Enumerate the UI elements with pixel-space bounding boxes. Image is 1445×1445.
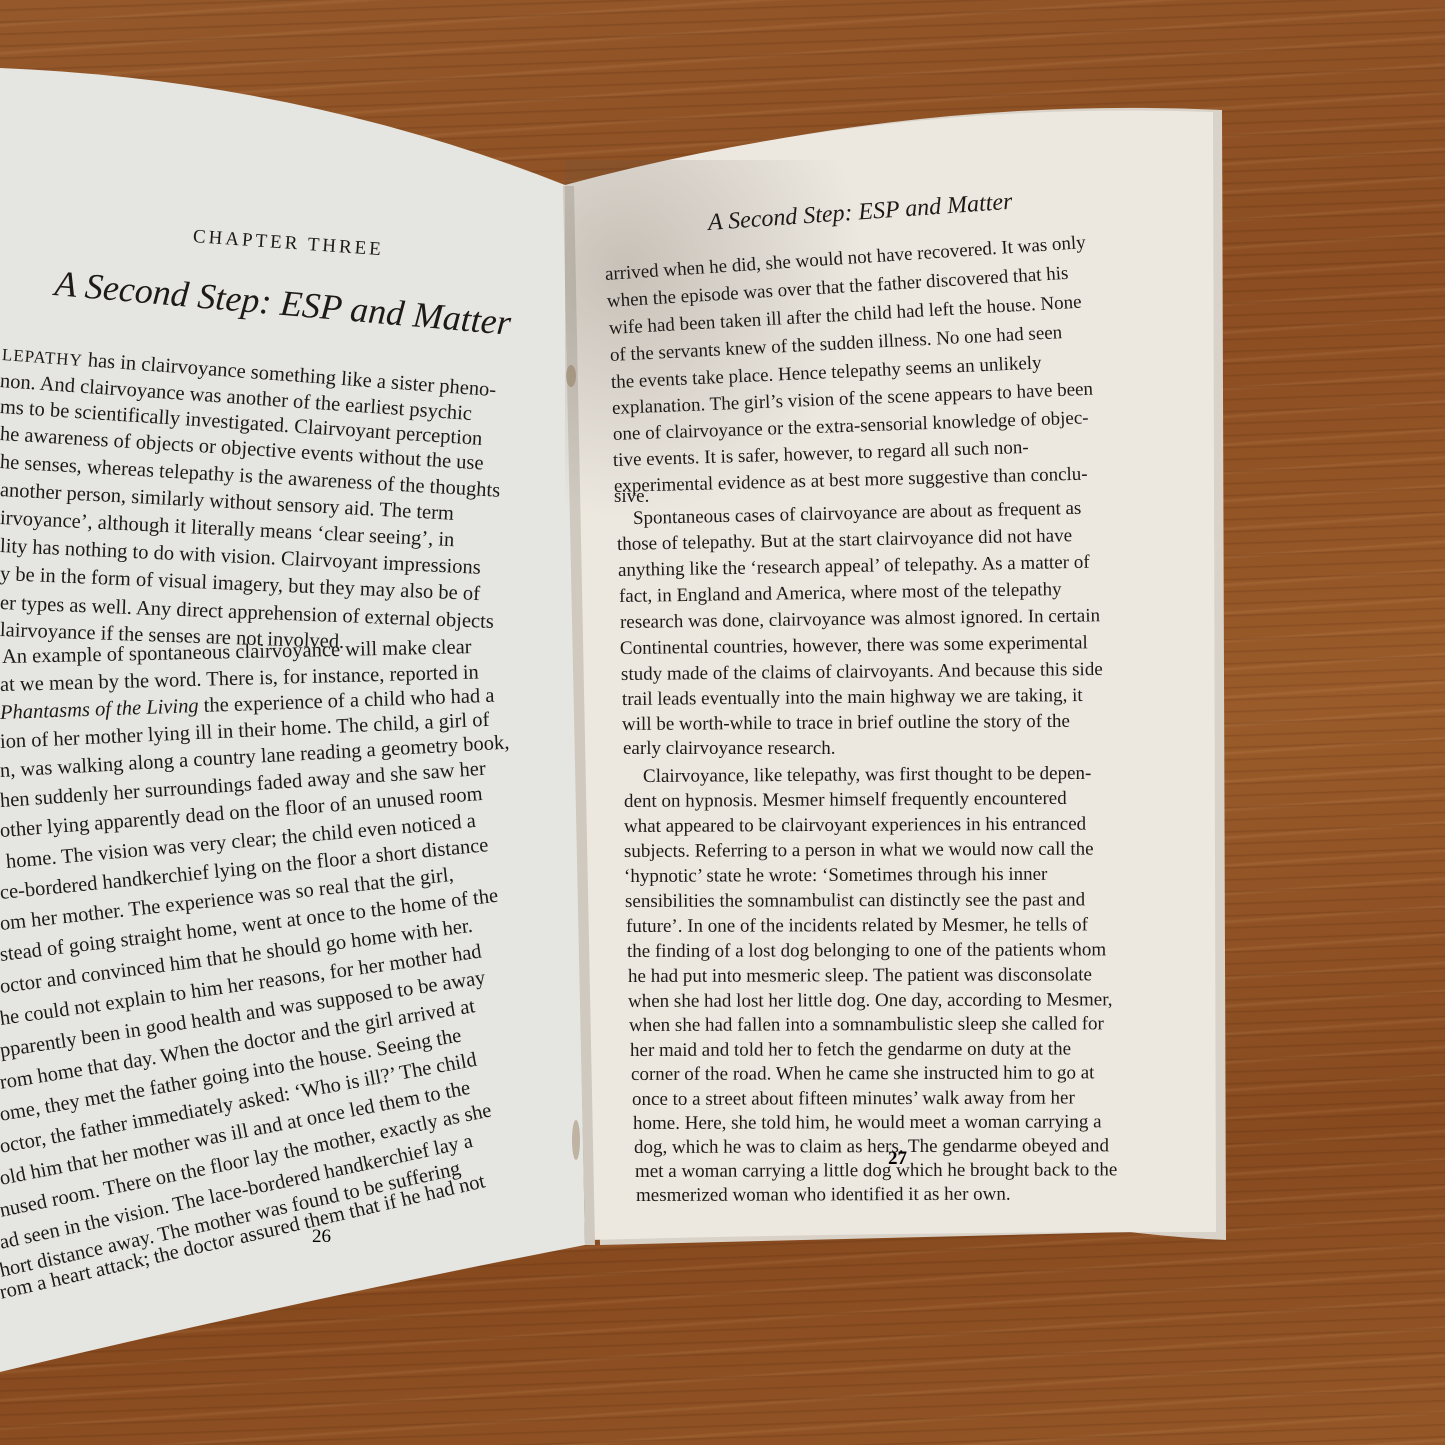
right-page <box>565 111 1216 1240</box>
page-number-left: 26 <box>312 1226 331 1248</box>
chapter-label: CHAPTER THREE <box>192 226 384 261</box>
chapter-title: A Second Step: ESP and Matter <box>53 262 512 344</box>
left-page-text: CHAPTER THREE A Second Step: ESP and Mat… <box>0 0 600 1445</box>
page-number-right: 27 <box>888 1148 907 1170</box>
